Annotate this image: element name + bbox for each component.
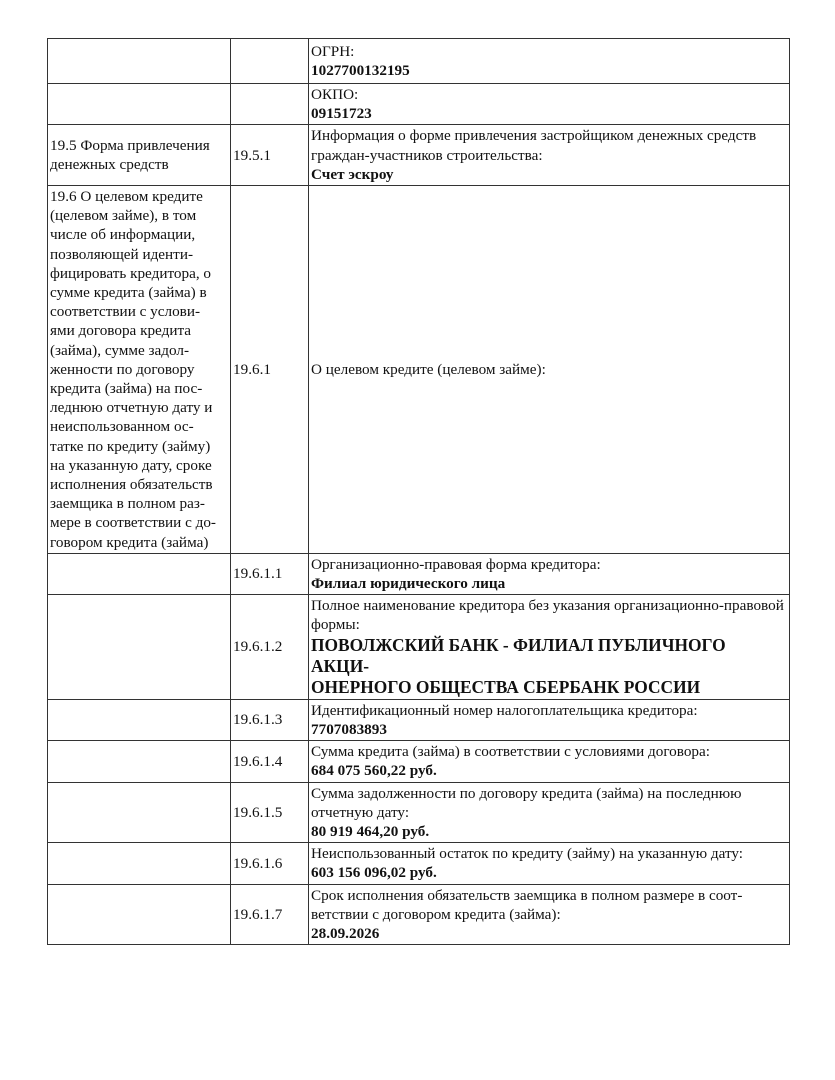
creditor-name-line: ПОВОЛЖСКИЙ БАНК - ФИЛИАЛ ПУБЛИЧНОГО АКЦИ…: [311, 635, 787, 677]
code-cell: 19.6.1.6: [231, 843, 309, 884]
table-row-19-6-1: 19.6 О целевом кредите (целевом займе), …: [48, 186, 790, 554]
text-line: (займа), сумме задол-: [50, 341, 228, 360]
text-line: татке по кредиту (займу): [50, 437, 228, 456]
table-row-okpo: ОКПО: 09151723: [48, 84, 790, 125]
content-cell: Сумма задолженности по договору кредита …: [309, 782, 790, 843]
section-cell: [48, 553, 231, 594]
section-cell: [48, 843, 231, 884]
field-value: 7707083893: [311, 720, 787, 739]
content-cell: Организационно-правовая форма кредитора:…: [309, 553, 790, 594]
field-label: Информация о форме привлечения застройщи…: [311, 126, 787, 164]
content-cell: Полное наименование кредитора без указан…: [309, 595, 790, 699]
section-cell: [48, 84, 231, 125]
field-value: Счет эскроу: [311, 165, 787, 184]
text-line: леднюю отчетную дату и: [50, 398, 228, 417]
text-line: говором кредита (займа): [50, 533, 228, 552]
section-title-19-5: 19.5 Форма привлечения денежных средств: [48, 125, 231, 186]
code-cell: 19.6.1.4: [231, 741, 309, 782]
table-row-19-6-1-7: 19.6.1.7 Срок исполнения обязательств за…: [48, 884, 790, 945]
field-value: 1027700132195: [311, 61, 787, 80]
text-line: женности по договору: [50, 360, 228, 379]
code-cell: 19.6.1.1: [231, 553, 309, 594]
field-label: Полное наименование кредитора без указан…: [311, 596, 787, 634]
code-cell: 19.6.1.3: [231, 699, 309, 740]
field-label: Организационно-правовая форма кредитора:: [311, 555, 787, 574]
field-label: Сумма задолженности по договору кредита …: [311, 784, 787, 822]
text-line: исполнения обязательств: [50, 475, 228, 494]
field-label: О целевом кредите (целевом займе):: [311, 360, 787, 379]
table-row-19-6-1-3: 19.6.1.3 Идентификационный номер налогоп…: [48, 699, 790, 740]
field-value: 684 075 560,22 руб.: [311, 761, 787, 780]
field-value: Филиал юридического лица: [311, 574, 787, 593]
content-cell: Неиспользованный остаток по кредиту (зай…: [309, 843, 790, 884]
text-line: числе об информации,: [50, 225, 228, 244]
field-value: 80 919 464,20 руб.: [311, 822, 787, 841]
field-label-line: Срок исполнения обязательств заемщика в …: [311, 886, 787, 905]
section-cell: [48, 741, 231, 782]
section-cell: [48, 39, 231, 84]
table-row-19-6-1-4: 19.6.1.4 Сумма кредита (займа) в соответ…: [48, 741, 790, 782]
content-cell: Информация о форме привлечения застройщи…: [309, 125, 790, 186]
text-line: мере в соответствии с до-: [50, 513, 228, 532]
section-cell: [48, 595, 231, 699]
text-line: соответствии с услови-: [50, 302, 228, 321]
section-cell: [48, 699, 231, 740]
field-label-line: ветствии с договором кредита (займа):: [311, 905, 787, 924]
table-row-19-6-1-6: 19.6.1.6 Неиспользованный остаток по кре…: [48, 843, 790, 884]
code-cell: 19.5.1: [231, 125, 309, 186]
code-cell: 19.6.1: [231, 186, 309, 554]
text-line: ями договора кредита: [50, 321, 228, 340]
text-line: фицировать кредитора, о: [50, 264, 228, 283]
table-row-ogrn: ОГРН: 1027700132195: [48, 39, 790, 84]
text-line: позволяющей иденти-: [50, 245, 228, 264]
text-line: сумме кредита (займа) в: [50, 283, 228, 302]
code-cell: [231, 39, 309, 84]
field-value: 09151723: [311, 104, 787, 123]
text-line: заемщика в полном раз-: [50, 494, 228, 513]
content-cell: Срок исполнения обязательств заемщика в …: [309, 884, 790, 945]
text-line: 19.6 О целевом кредите: [50, 187, 228, 206]
text-line: неиспользованном ос-: [50, 417, 228, 436]
section-cell: [48, 782, 231, 843]
content-cell: Сумма кредита (займа) в соответствии с у…: [309, 741, 790, 782]
section-title-19-6: 19.6 О целевом кредите (целевом займе), …: [48, 186, 231, 554]
text-line: на указанную дату, сроке: [50, 456, 228, 475]
code-cell: [231, 84, 309, 125]
content-cell: О целевом кредите (целевом займе):: [309, 186, 790, 554]
content-cell: Идентификационный номер налогоплательщик…: [309, 699, 790, 740]
table-row-19-6-1-5: 19.6.1.5 Сумма задолженности по договору…: [48, 782, 790, 843]
text-line: (целевом займе), в том: [50, 206, 228, 225]
table-row-19-6-1-2: 19.6.1.2 Полное наименование кредитора б…: [48, 595, 790, 699]
content-cell: ОКПО: 09151723: [309, 84, 790, 125]
field-value: 603 156 096,02 руб.: [311, 863, 787, 882]
table-row-19-6-1-1: 19.6.1.1 Организационно-правовая форма к…: [48, 553, 790, 594]
content-cell: ОГРН: 1027700132195: [309, 39, 790, 84]
code-cell: 19.6.1.5: [231, 782, 309, 843]
field-label: ОГРН:: [311, 42, 787, 61]
code-cell: 19.6.1.7: [231, 884, 309, 945]
text-line: кредита (займа) на пос-: [50, 379, 228, 398]
section-cell: [48, 884, 231, 945]
table-row-19-5-1: 19.5 Форма привлечения денежных средств …: [48, 125, 790, 186]
creditor-name-line: ОНЕРНОГО ОБЩЕСТВА СБЕРБАНК РОССИИ: [311, 677, 787, 698]
credit-info-table: ОГРН: 1027700132195 ОКПО: 09151723 19.5 …: [47, 38, 790, 945]
code-cell: 19.6.1.2: [231, 595, 309, 699]
field-label: Неиспользованный остаток по кредиту (зай…: [311, 844, 787, 863]
field-label: Сумма кредита (займа) в соответствии с у…: [311, 742, 787, 761]
field-label: Идентификационный номер налогоплательщик…: [311, 701, 787, 720]
field-label: ОКПО:: [311, 85, 787, 104]
field-value: 28.09.2026: [311, 924, 787, 943]
